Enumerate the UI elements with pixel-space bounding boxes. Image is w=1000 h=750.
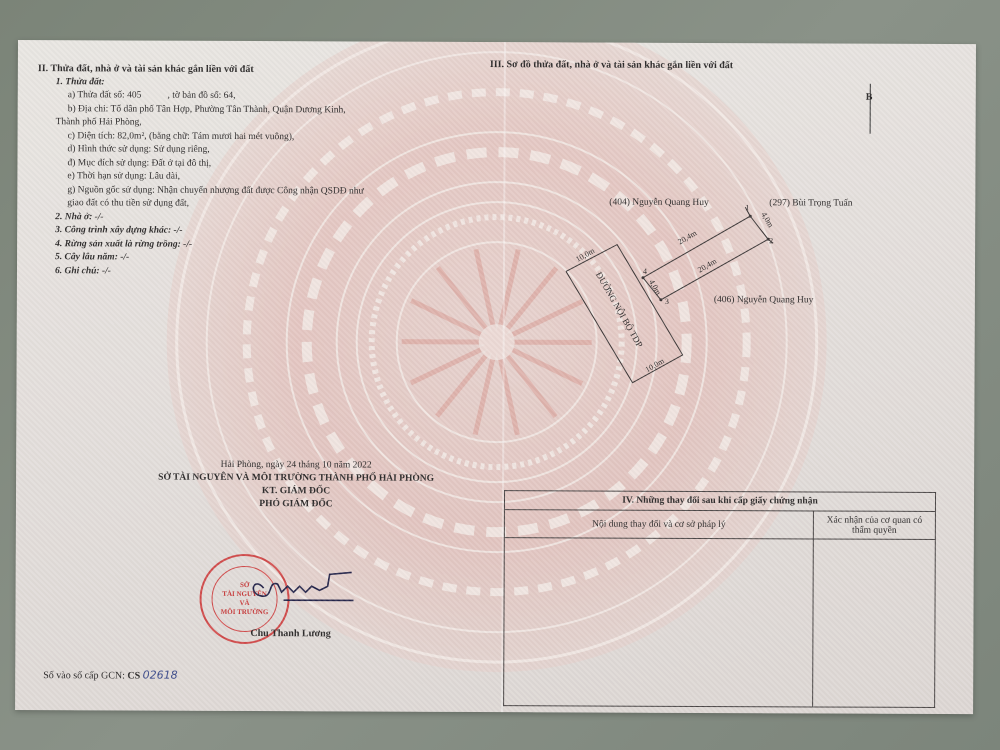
corner-1: 1 — [745, 203, 749, 212]
col-authority-confirm: Xác nhận của cơ quan có thẩm quyền — [813, 511, 935, 540]
changes-table: IV. Những thay đổi sau khi cấp giấy chứn… — [503, 490, 936, 708]
registry-prefix: CS — [127, 670, 140, 681]
col-change-content: Nội dung thay đổi và cơ sở pháp lý — [504, 510, 813, 539]
registry-handwritten-number: 02618 — [143, 669, 178, 682]
stamp-line: MÔI TRƯỜNG — [221, 608, 269, 617]
neighbor-top: (404) Nguyễn Quang Huy — [609, 198, 709, 208]
corner-3: 3 — [665, 297, 669, 306]
corner-2: 2 — [769, 236, 773, 245]
section4-heading: IV. Những thay đổi sau khi cấp giấy chứn… — [504, 491, 935, 512]
signature-block: Hải Phòng, ngày 24 tháng 10 năm 2022 SỞ … — [136, 459, 456, 512]
neighbor-right: (297) Bùi Trọng Tuấn — [769, 198, 852, 208]
issuing-authority: SỞ TÀI NGUYÊN VÀ MÔI TRƯỜNG THÀNH PHỐ HẢ… — [136, 472, 456, 486]
neighbor-bottom: (406) Nguyễn Quang Huy — [714, 295, 814, 305]
corner-4: 4 — [643, 267, 647, 276]
registry-label: Số vào sổ cấp GCN: — [43, 670, 125, 681]
signer-name: Chu Thanh Lương — [250, 628, 330, 639]
signer-position: PHÓ GIÁM ĐỐC — [136, 498, 456, 512]
authority-confirm-cell[interactable] — [813, 539, 936, 708]
registry-number: Số vào sổ cấp GCN: CS 02618 — [43, 668, 178, 682]
signature-scribble-icon — [244, 566, 354, 606]
land-certificate-sheet: II. Thửa đất, nhà ở và tài sản khác gắn … — [15, 40, 976, 714]
change-content-cell[interactable] — [504, 538, 814, 707]
